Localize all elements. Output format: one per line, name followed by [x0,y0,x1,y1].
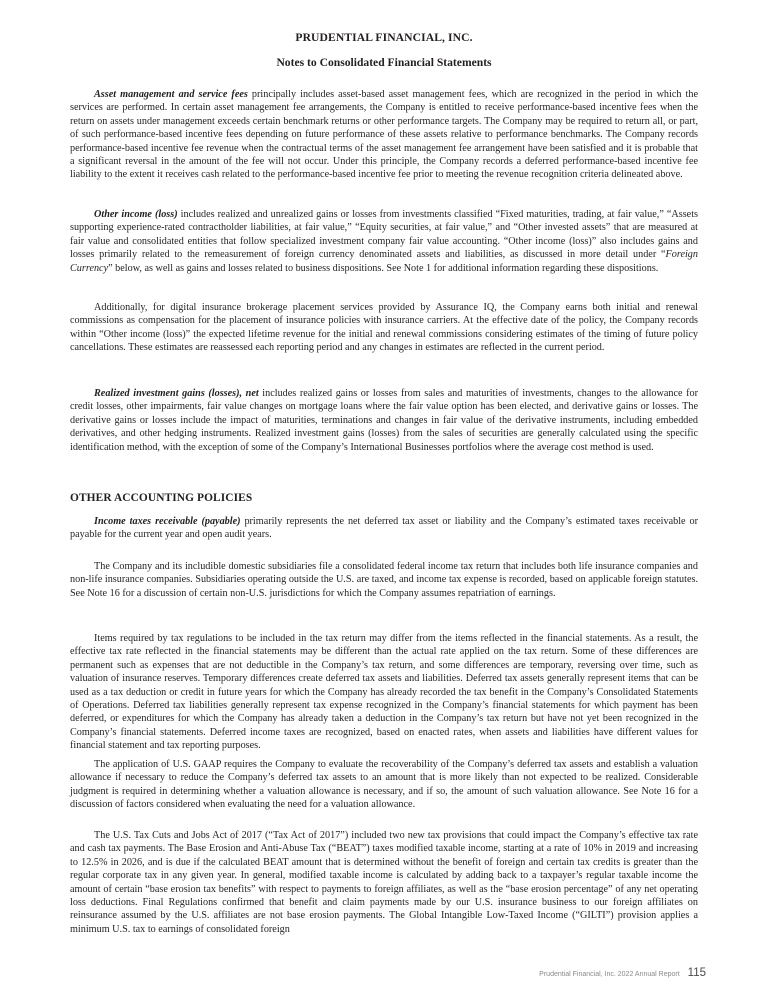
paragraph-income-taxes: Income taxes receivable (payable) primar… [70,515,698,542]
paragraph-lead: Asset management and service fees [94,89,248,100]
paragraph-asset-management-fees: Asset management and service fees princi… [70,88,698,182]
paragraph-realized-gains: Realized investment gains (losses), net … [70,387,698,454]
paragraph-items-required: Items required by tax regulations to be … [70,632,698,753]
paragraph-body: The application of U.S. GAAP requires th… [70,759,698,810]
page-footer: Prudential Financial, Inc. 2022 Annual R… [539,967,706,979]
paragraph-lead: Realized investment gains (losses), net [94,388,259,399]
paragraph-consolidated-return: The Company and its includible domestic … [70,560,698,600]
section-heading: OTHER ACCOUNTING POLICIES [70,492,252,504]
paragraph-body: The U.S. Tax Cuts and Jobs Act of 2017 (… [70,830,698,935]
paragraph-lead: Other income (loss) [94,209,178,220]
paragraph-body: Items required by tax regulations to be … [70,633,698,751]
company-title: PRUDENTIAL FINANCIAL, INC. [70,31,698,44]
paragraph-body: The Company and its includible domestic … [70,561,698,599]
paragraph-assurance-iq: Additionally, for digital insurance brok… [70,301,698,355]
paragraph-body: Additionally, for digital insurance brok… [70,302,698,353]
page-title: Notes to Consolidated Financial Statemen… [70,56,698,69]
paragraph-body: ” below, as well as gains and losses rel… [108,263,658,274]
paragraph-gaap: The application of U.S. GAAP requires th… [70,758,698,812]
paragraph-body: principally includes asset-based asset m… [70,89,698,180]
footer-report-title: Prudential Financial, Inc. 2022 Annual R… [539,971,679,978]
page-number: 115 [688,967,706,979]
paragraph-tax-act: The U.S. Tax Cuts and Jobs Act of 2017 (… [70,829,698,936]
paragraph-other-income: Other income (loss) includes realized an… [70,208,698,275]
paragraph-lead: Income taxes receivable (payable) [94,516,241,527]
